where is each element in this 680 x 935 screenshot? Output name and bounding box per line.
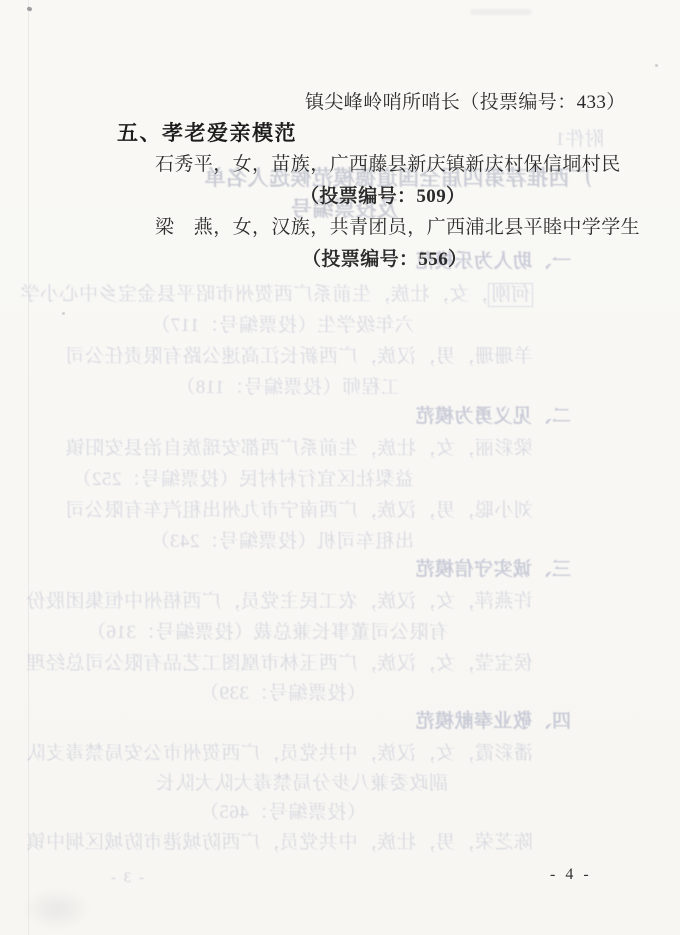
continuation-line: 镇尖峰岭哨所哨长（投票编号：433） [305, 90, 626, 115]
scanned-document-page: 附件1 广西推荐第四届全国道德模范候选人名单 及投票编号 一、助人为乐模范 何刚… [0, 0, 680, 935]
entry-2-vote-number: （投票编号：556） [302, 247, 468, 272]
section-heading: 五、孝老爱亲模范 [117, 121, 297, 146]
page-number: - 4 - [550, 866, 592, 884]
entry-1-line-1: 石秀平，女，苗族，广西藤县新庆镇新庆村保信垌村民 [155, 152, 621, 177]
front-text-layer: 镇尖峰岭哨所哨长（投票编号：433） 五、孝老爱亲模范 石秀平，女，苗族，广西藤… [0, 0, 680, 935]
entry-1-vote-number: （投票编号：509） [300, 184, 466, 209]
entry-2-line-1: 梁 燕，女，汉族，共青团员，广西浦北县平睦中学学生 [155, 215, 640, 240]
